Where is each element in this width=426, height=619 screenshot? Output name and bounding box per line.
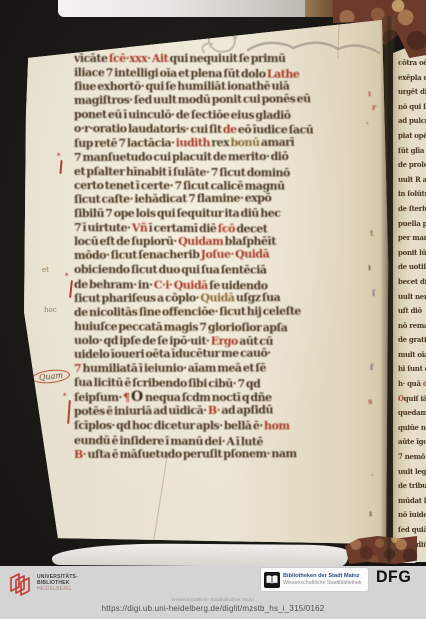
margin-rubric-stroke xyxy=(69,280,72,298)
text-line: piat opēs xyxy=(398,129,426,144)
manuscript-text-block: vīcāte ſcē·xxx· Ait qui nequiuit ſe prim… xyxy=(74,52,372,462)
heidelberg-text-line3: HEIDELBERG xyxy=(37,586,78,592)
text-line: becet diū xyxy=(398,275,426,290)
fore-edge-mark: · xyxy=(366,118,369,128)
text-line: in ſolūtū xyxy=(398,187,426,202)
margin-faint-word: et xyxy=(42,266,49,274)
text-line: B· uſta ē māſuetudo peruſit pſonem· nam xyxy=(74,447,372,462)
fore-edge-mark: ſ xyxy=(372,288,375,298)
heidelberg-library-logo: UNIVERSITÄTS- BIBLIOTHEK HEIDELBERG xyxy=(8,570,78,598)
margin-rubric-mark: ∗ xyxy=(64,270,69,279)
text-line: magiſtros· ſed uult modū ponit cui ponēs… xyxy=(74,92,372,108)
text-line: uidelo īoueri oēta īducētur me cauō· xyxy=(74,346,372,362)
mainz-text-line1: Bibliotheken der Stadt Mainz xyxy=(283,573,362,580)
margin-rubric-stroke xyxy=(59,160,62,174)
folio-mark: xxxj· xyxy=(57,33,84,45)
heidelberg-book-icon xyxy=(8,570,34,598)
text-line: obiciendo ſicut duo qui ſua ſentēciā xyxy=(74,263,372,278)
text-line: 7 humiliatā ī ieiunio· aīam meā et ſē xyxy=(74,361,372,376)
text-line: 7 manſuetudo cui placuit de merito· diō xyxy=(74,149,372,165)
text-line: uult nemō xyxy=(398,289,426,304)
text-line: ponit lū xyxy=(398,246,426,261)
backdrop-cloth-bottom xyxy=(52,543,348,567)
mainz-library-logo: Bibliotheken der Stadt Mainz Wissenschaf… xyxy=(261,568,368,591)
text-line: uult R ad xyxy=(398,173,426,188)
fore-edge-mark: r xyxy=(372,102,376,112)
text-line: de ſteriū xyxy=(398,202,426,217)
text-line: puella phī xyxy=(398,217,426,232)
binding-edge-strip xyxy=(305,0,335,17)
facing-page-edge: cōtra oēsexēpla deurgēt diūnō qui ſead p… xyxy=(393,40,426,562)
text-line: ſed quiā xyxy=(398,523,426,538)
backdrop-cloth-top xyxy=(58,0,320,17)
text-line: de uotiſ xyxy=(398,260,426,275)
fore-edge-mark: s xyxy=(368,396,373,406)
digitized-manuscript-photo: cōtra oēsexēpla deurgēt diūnō qui ſead p… xyxy=(0,0,426,619)
margin-rubric-stroke xyxy=(67,400,70,424)
text-line: hī ſunt qī xyxy=(398,362,426,377)
mainz-book-icon xyxy=(264,572,280,588)
text-line: nō īuidet xyxy=(398,508,426,523)
text-line: mult oīa xyxy=(398,348,426,363)
text-line: nō remat xyxy=(398,319,426,334)
dfg-logo: DFG xyxy=(376,569,411,587)
text-line: de prologō xyxy=(398,158,426,173)
text-line: Oquiſ iā xyxy=(398,392,426,407)
text-line: urgēt diū xyxy=(398,85,426,100)
text-line: aūte īgo xyxy=(398,435,426,450)
text-line: ſicut phariſeus a cōplo· Quidā uſgz ſua xyxy=(74,290,372,305)
manuscript-page: xxxj· vīcāte ſcē·xxx· Ait qui nequiuit ſ… xyxy=(20,14,392,556)
heidelberg-logo-text: UNIVERSITÄTS- BIBLIOTHEK HEIDELBERG xyxy=(37,570,78,592)
text-line: exēpla de xyxy=(398,70,426,85)
text-line: vīcāte ſcē·xxx· Ait qui nequiuit ſe prim… xyxy=(74,52,372,66)
facing-page-text: cōtra oēsexēpla deurgēt diūnō qui ſead p… xyxy=(398,56,426,552)
margin-circled-word: Quam xyxy=(31,368,70,385)
text-line: nō qui ſe xyxy=(398,100,426,115)
fore-edge-mark: ı xyxy=(368,88,371,98)
text-line: uſt diō xyxy=(398,304,426,319)
mainz-text-line2: Wissenschaftliche Stadtbibliothek xyxy=(283,580,362,587)
text-line: potēs ē iniuriā ad uīdicā· B· ad apſidū xyxy=(74,403,372,419)
text-line: h· quā d xyxy=(398,377,426,392)
footer-caption: Wissenschaftliche Stadtbibliothek Mainz xyxy=(47,598,379,603)
text-line: mōdo· ſicut ſenacherib Joſue· Quidā xyxy=(74,247,372,263)
text-line: ſūt glīa xyxy=(398,143,426,158)
fore-edge-mark: t xyxy=(370,228,374,238)
text-line: mūdat lē xyxy=(398,494,426,509)
mainz-logo-text: Bibliotheken der Stadt Mainz Wissenschaf… xyxy=(283,573,362,587)
text-line: ſicut caſte· iehādicat 7 flamine· expō xyxy=(74,191,372,207)
margin-rubric-mark: ∗ xyxy=(56,150,61,159)
text-line: de gratiā xyxy=(398,333,426,348)
footer-bar: UNIVERSITÄTS- BIBLIOTHEK HEIDELBERG Bibl… xyxy=(0,566,426,619)
text-line: ſibilū 7 ope lois qui ſequitur ita diū h… xyxy=(74,207,372,221)
fore-edge-mark: f xyxy=(370,362,373,372)
text-line: 7 nemō de xyxy=(398,450,426,465)
text-line: quedam ā xyxy=(398,406,426,421)
margin-faint-word: hoc xyxy=(44,306,57,314)
footer-url: https://digi.ub.uni-heidelberg.de/diglit… xyxy=(0,604,426,613)
text-line: ſup retē 7 lactācia· iudith rex bonū ama… xyxy=(74,135,372,151)
text-line: uult legē xyxy=(398,465,426,480)
text-line: de nicolitās ſine offenciōe· ſicut hij c… xyxy=(74,304,372,320)
fore-edge-mark: ı xyxy=(369,508,372,518)
text-line: ad pulcrū xyxy=(398,114,426,129)
text-line: per manū xyxy=(398,231,426,246)
text-line: ſcīplos· qd hoc dicetur apls· bellā ē· h… xyxy=(74,419,372,434)
fore-edge-mark: ı xyxy=(368,262,371,272)
book-binding-bottom-decoration xyxy=(345,536,417,564)
text-line: cōtra oēs xyxy=(398,56,426,71)
text-line: quiūe nō xyxy=(398,421,426,436)
margin-rubric-mark: ∗ xyxy=(62,390,67,399)
text-line: de tribus xyxy=(398,479,426,494)
parchment-crease-bottom xyxy=(153,452,168,543)
fore-edge-mark: · xyxy=(371,470,374,480)
